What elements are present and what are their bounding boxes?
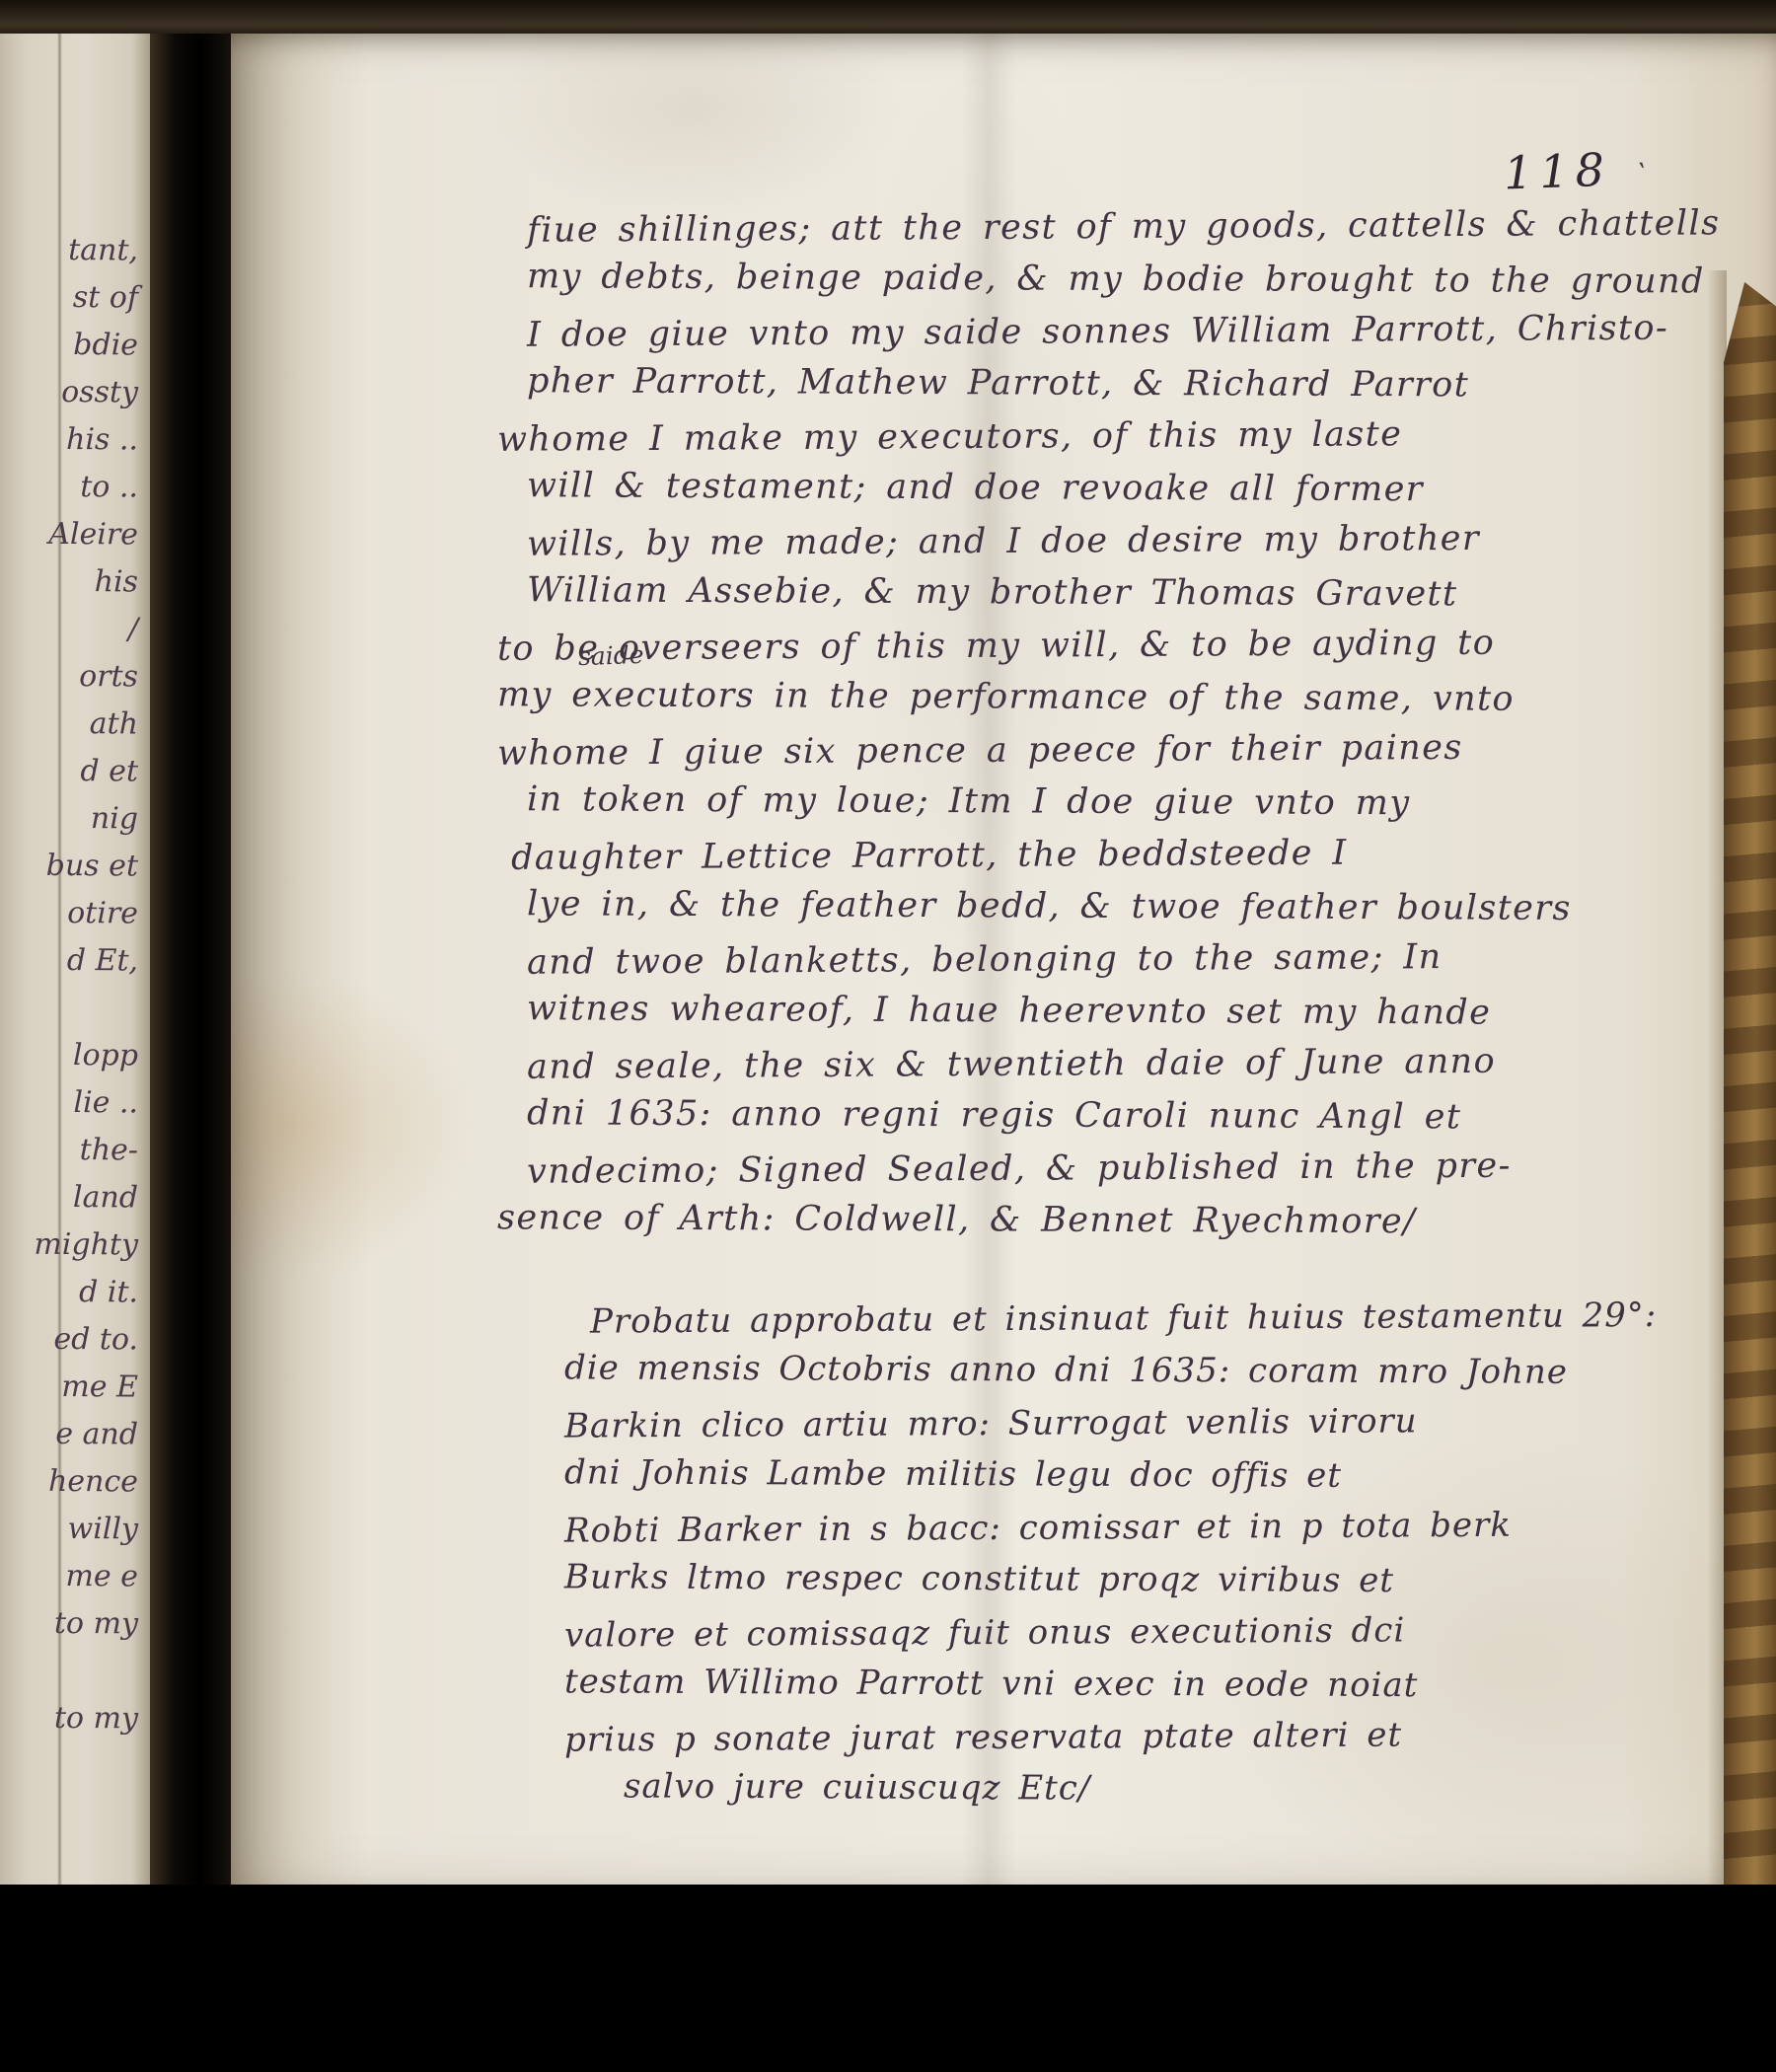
margin-fragment [0, 1648, 138, 1696]
margin-fragment: otire [0, 890, 138, 938]
folio-tick-mark: ‵ [1636, 158, 1644, 192]
book-top-edge [0, 0, 1776, 34]
photo-black-band [0, 1885, 1776, 2072]
margin-fragment: nig [0, 795, 138, 844]
book-fore-edge [1724, 282, 1776, 1885]
margin-fragment: mighty [0, 1221, 138, 1270]
will-line: daughter Lettice Parrott, the beddsteede… [511, 825, 1750, 885]
probate-line: Barkin clico artiu mro: Surrogat venlis … [564, 1393, 1748, 1452]
margin-fragment: bus et [0, 843, 138, 891]
margin-fragment: Aleire [0, 511, 138, 559]
folio-number-value: 118 [1503, 143, 1612, 200]
margin-fragment: bdie [0, 322, 138, 370]
margin-fragment: willy [0, 1506, 138, 1554]
manuscript-photo: tant,st ofbdieosstyhis ..to ..Aleirehis/… [0, 0, 1776, 2072]
will-line: in token of my loue; Itm I doe giue vnto… [527, 774, 1750, 831]
binding-gutter [150, 34, 231, 1885]
margin-fragment: d Et, [0, 937, 138, 986]
will-line: sence of Arth: Coldwell, & Bennet Ryechm… [497, 1192, 1750, 1250]
will-line: vndecimo; Signed Sealed, & published in … [527, 1139, 1750, 1199]
probate-line: Burks ltmo respec constitut proqz viribu… [564, 1551, 1748, 1608]
will-line: witnes wheareof, I haue heerevnto set my… [527, 983, 1750, 1040]
margin-fragment: d et [0, 748, 138, 796]
will-line: wills, by me made; and I doe desire my b… [527, 511, 1750, 571]
facing-page-sliver: tant,st ofbdieosstyhis ..to ..Aleirehis/… [0, 34, 150, 1885]
will-line: William Assebie, & my brother Thomas Gra… [527, 564, 1750, 622]
will-line: my debts, beinge paide, & my bodie broug… [527, 251, 1750, 308]
will-line: lye in, & the feather bedd, & twoe feath… [527, 878, 1750, 935]
margin-fragment: ed to. [0, 1316, 138, 1365]
margin-fragment: ossty [0, 369, 138, 417]
will-line: whome I giue six pence a peece for their… [497, 720, 1750, 780]
margin-fragment: to .. [0, 464, 138, 512]
margin-fragment: st of [0, 274, 138, 323]
probate-line: salvo jure cuiuscuqz Etc/ [624, 1761, 1748, 1818]
probate-line: dni Johnis Lambe militis legu doc offis … [564, 1446, 1748, 1504]
will-line: I doe giue vnto my saide sonnes William … [527, 302, 1750, 362]
will-line: pher Parrott, Mathew Parrott, & Richard … [527, 355, 1750, 412]
margin-fragment [0, 985, 138, 1033]
will-line: whome I make my executors, of this my la… [497, 407, 1750, 467]
margin-fragment: the- [0, 1127, 138, 1175]
will-text-block: fiue shillinges; att the rest of my good… [527, 201, 1750, 1247]
margin-fragment: to my [0, 1695, 138, 1743]
margin-fragment: e and [0, 1411, 138, 1459]
margin-fragment: tant, [0, 227, 138, 275]
will-line: will & testament; and doe revoake all fo… [527, 460, 1750, 517]
will-line: dni 1635: anno regni regis Caroli nunc A… [527, 1087, 1750, 1145]
will-line: fiue shillinges; att the rest of my good… [527, 197, 1750, 258]
will-line: and twoe blanketts, belonging to the sam… [527, 929, 1750, 990]
probate-line: Robti Barker in s bacc: comissar et in p… [564, 1498, 1748, 1557]
probate-line: Probatu approbatu et insinuat fuit huius… [590, 1289, 1748, 1348]
will-line: my executors in the performance of the s… [497, 669, 1750, 727]
margin-fragment: his .. [0, 416, 138, 465]
probate-line: die mensis Octobris anno dni 1635: coram… [564, 1342, 1748, 1399]
probate-line: testam Willimo Parrott vni exec in eode … [564, 1656, 1748, 1713]
probate-line: prius p sonate jurat reservata ptate alt… [564, 1707, 1748, 1766]
margin-fragment: / [0, 606, 138, 654]
margin-fragment: me E [0, 1364, 138, 1412]
facing-page-text-fragments: tant,st ofbdieosstyhis ..to ..Aleirehis/… [0, 227, 138, 1742]
margin-fragment: land [0, 1174, 138, 1222]
margin-fragment: his [0, 558, 138, 607]
will-line: to be overseers of this my will, & to be… [497, 616, 1750, 676]
margin-fragment: to my [0, 1600, 138, 1649]
will-line: and seale, the six & twentieth daie of J… [527, 1034, 1750, 1094]
margin-fragment: me e [0, 1553, 138, 1601]
manuscript-page: 118‵ fiue shillinges; att the rest of my… [231, 34, 1776, 1885]
margin-fragment: hence [0, 1458, 138, 1507]
probate-line: valore et comissaqz fuit onus executioni… [564, 1602, 1748, 1662]
folio-number: 118‵ [1503, 142, 1644, 200]
margin-fragment: ath [0, 701, 138, 749]
margin-fragment: d it. [0, 1269, 138, 1317]
probate-clause-block: Probatu approbatu et insinuat fuit huius… [564, 1293, 1748, 1815]
interlined-word: saide [578, 640, 645, 671]
margin-fragment: lopp [0, 1032, 138, 1080]
margin-fragment: lie .. [0, 1079, 138, 1128]
margin-fragment: orts [0, 653, 138, 702]
